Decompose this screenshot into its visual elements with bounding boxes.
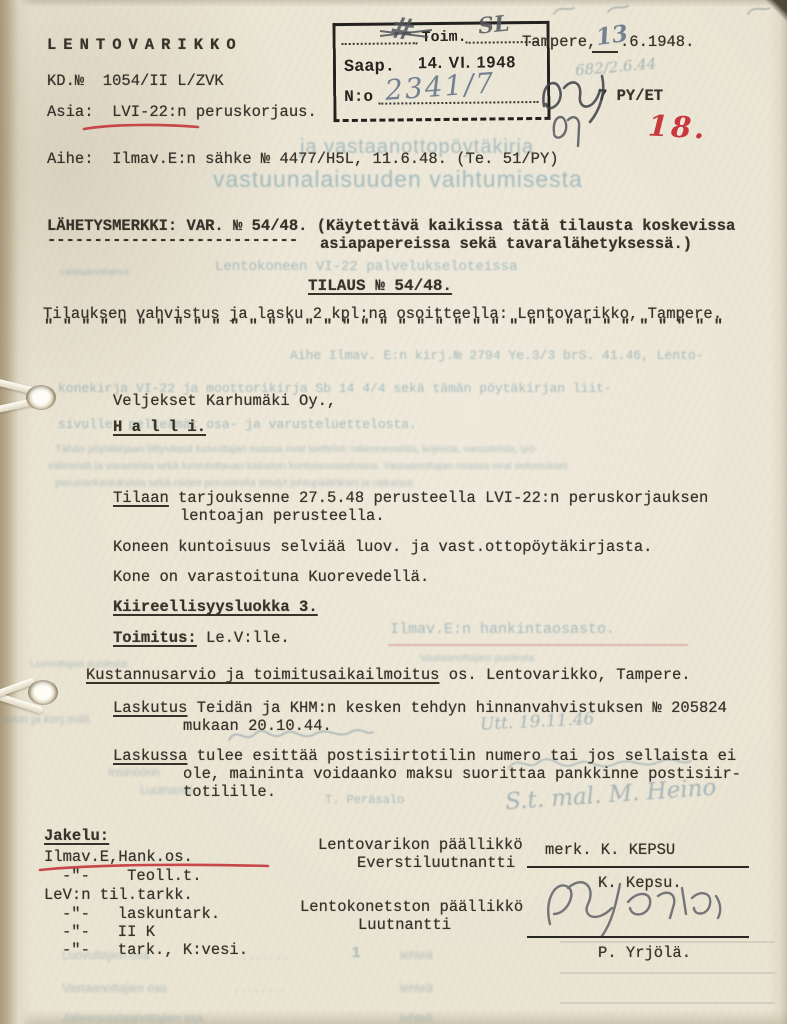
ghost-form-row: lehteä	[400, 1011, 433, 1024]
jakelu-label: Jakelu:	[44, 827, 109, 845]
paragraph-laskussa: Laskussa tulee esittää postisiirtotilin …	[113, 747, 736, 765]
lahetysmerkki-line2: asiapapereissa sekä tavaralähetyksessä.)	[320, 235, 692, 253]
ghost-text: T. Peräsalo	[325, 793, 404, 807]
signer2-title: Lentokonetston päällikkö	[300, 898, 523, 916]
ghost-text: Vastaanottajien puolesta	[420, 652, 534, 664]
paragraph-kiireellisyys: Kiireellisyysluokka 3.	[113, 598, 318, 616]
place-label: Tampere,	[522, 33, 596, 51]
order-quote-row: " " " " " " " " " " " " " " " " " " " " …	[44, 317, 723, 335]
jakelu-item: -"- tark., K:vesi.	[62, 941, 248, 959]
recipient-name: Veljekset Karhumäki Oy.,	[113, 392, 336, 410]
red-number-handwritten: 18.	[647, 108, 708, 145]
paragraph-laskussa-text: tulee esittää postisiirtotilin numero ta…	[187, 747, 736, 765]
paragraph-tilaan: Tilaan tarjouksenne 27.5.48 perusteella …	[113, 489, 708, 507]
aihe-line: Aihe: Ilmav.E:n sähke № 4477/H5L, 11.6.4…	[47, 150, 559, 168]
paragraph-toimitus: Toimitus: Le.V:lle.	[113, 629, 290, 647]
ghost-text: vastaanottanut	[60, 266, 129, 278]
paragraph-laskutus-line2: mukaan 20.10.44.	[183, 717, 332, 735]
ghost-text: Insinöörin	[108, 765, 160, 779]
paragraph-laskussa-keyword: Laskussa	[113, 747, 187, 765]
paragraph-kustannusarvio-keyword: Kustannusarvio ja toimitusaikailmoitus	[86, 666, 439, 684]
paragraph-kone: Kone on varastoituna Kuorevedellä.	[113, 568, 429, 586]
ghost-text: avon ja korj.mäil.	[2, 712, 92, 726]
red-underline-asia	[82, 122, 200, 132]
recipient-city: H a l l i.	[113, 418, 206, 436]
lahetysmerkki-dashes: ---------------------------	[47, 231, 298, 249]
paragraph-tilaan-text: tarjouksenne 27.5.48 perusteella LVI-22:…	[169, 489, 709, 507]
ghost-form-row: Vastaanottajien osa	[62, 981, 167, 995]
binder-hole	[26, 385, 56, 410]
jakelu-item: -"- laskuntark.	[62, 905, 220, 923]
paragraph-tilaan-keyword: Tilaan	[113, 489, 169, 507]
signer2-name: P. Yrjölä.	[598, 944, 691, 962]
stamp-no-label: N:o	[344, 88, 373, 106]
paragraph-laskussa-line2: ole, maininta voidaanko maksu suorittaa …	[183, 765, 741, 783]
pencil-scribble-topright	[548, 2, 778, 18]
binder-hole	[28, 680, 58, 705]
stamp-hash-strike	[378, 26, 434, 40]
ghost-text: Tähän pöytäkirjaan liittyvässä luovuttaj…	[55, 443, 538, 455]
date-rest: .6.1948.	[620, 33, 694, 51]
signer1-title: Lentovarikon päällikkö	[318, 836, 523, 854]
paragraph-laskutus: Laskutus Teidän ja KHM:n kesken tehdyn h…	[113, 699, 727, 717]
ghost-text: sivulle pelkeämät osa- ja varusteluettel…	[58, 417, 417, 432]
jakelu-item: -"- II K	[62, 923, 155, 941]
paragraph-laskutus-text: Teidän ja KHM:n kesken tehdyn hinnanvahv…	[187, 699, 727, 717]
ghost-text: Ilmav.E:n hankintaosasto.	[390, 621, 615, 638]
paragraph-laskussa-line3: totilille.	[183, 783, 276, 801]
kd-number: KD.№ 1054/II L/ZVK	[47, 72, 224, 90]
org-title: LENTOVARIKKO	[47, 36, 243, 54]
paragraph-tilaan-line2: lentoajan perusteella.	[180, 507, 385, 525]
ghost-rule	[560, 1002, 775, 1004]
ghost-rule	[560, 972, 775, 974]
pencil-scribble	[536, 66, 612, 126]
ghost-rule	[560, 941, 775, 943]
ghost-form-row: lehteä	[400, 948, 433, 962]
paragraph-koneen: Koneen kuntoisuus selviää luov. ja vast.…	[113, 538, 653, 556]
ghost-text: perustarkastuksista sekä niiden perustee…	[55, 477, 415, 489]
ghost-form-row: . . . . . . . .	[235, 981, 285, 995]
ghost-text: välineistä ja varaosista sekä luovutetta…	[48, 460, 567, 472]
signature-line-2	[527, 936, 749, 938]
ghost-form-row: Jälleenvastaanottajien osa	[62, 1011, 203, 1024]
ghost-form-count: 1	[352, 944, 360, 961]
ghost-text: Lentokoneen VI-22 palvelukseloteissa	[215, 259, 517, 275]
ghost-text: Aihe Ilmav. E:n kirj.№ 2794 Ye.3/3 brS. …	[290, 348, 703, 363]
signature-yrjola-handwritten	[528, 868, 733, 940]
paragraph-toimitus-text: Le.V:lle.	[197, 629, 290, 647]
paragraph-kustannusarvio: Kustannusarvio ja toimitusaikailmoitus o…	[86, 666, 691, 684]
asia-line: Asia: LVI-22:n peruskorjaus.	[47, 103, 317, 121]
ghost-red-underline	[388, 644, 688, 646]
date-underscore	[592, 51, 618, 53]
paragraph-laskutus-keyword: Laskutus	[113, 699, 187, 717]
ghost-text: vastuunalaisuuden vaihtumisesta	[213, 166, 583, 193]
order-title: TILAUS № 54/48.	[308, 277, 452, 295]
jakelu-item: LeV:n til.tarkk.	[44, 886, 193, 904]
stamp-toim-value-handwritten: SL	[477, 10, 511, 39]
jakelu-item: -"- Teoll.t.	[62, 867, 202, 885]
signer1-merk: merk. K. KEPSU	[545, 841, 675, 859]
paragraph-toimitus-keyword: Toimitus:	[113, 629, 197, 647]
ghost-form-row: lehteä	[400, 981, 433, 995]
signer1-rank: Everstiluutnantti	[357, 854, 515, 872]
signer2-rank: Luutnantti	[358, 916, 451, 934]
paragraph-kustannusarvio-text: os. Lentovarikko, Tampere.	[439, 666, 690, 684]
document-page: ja vastaanottopöytäkirja vastuunalaisuud…	[0, 0, 787, 1024]
